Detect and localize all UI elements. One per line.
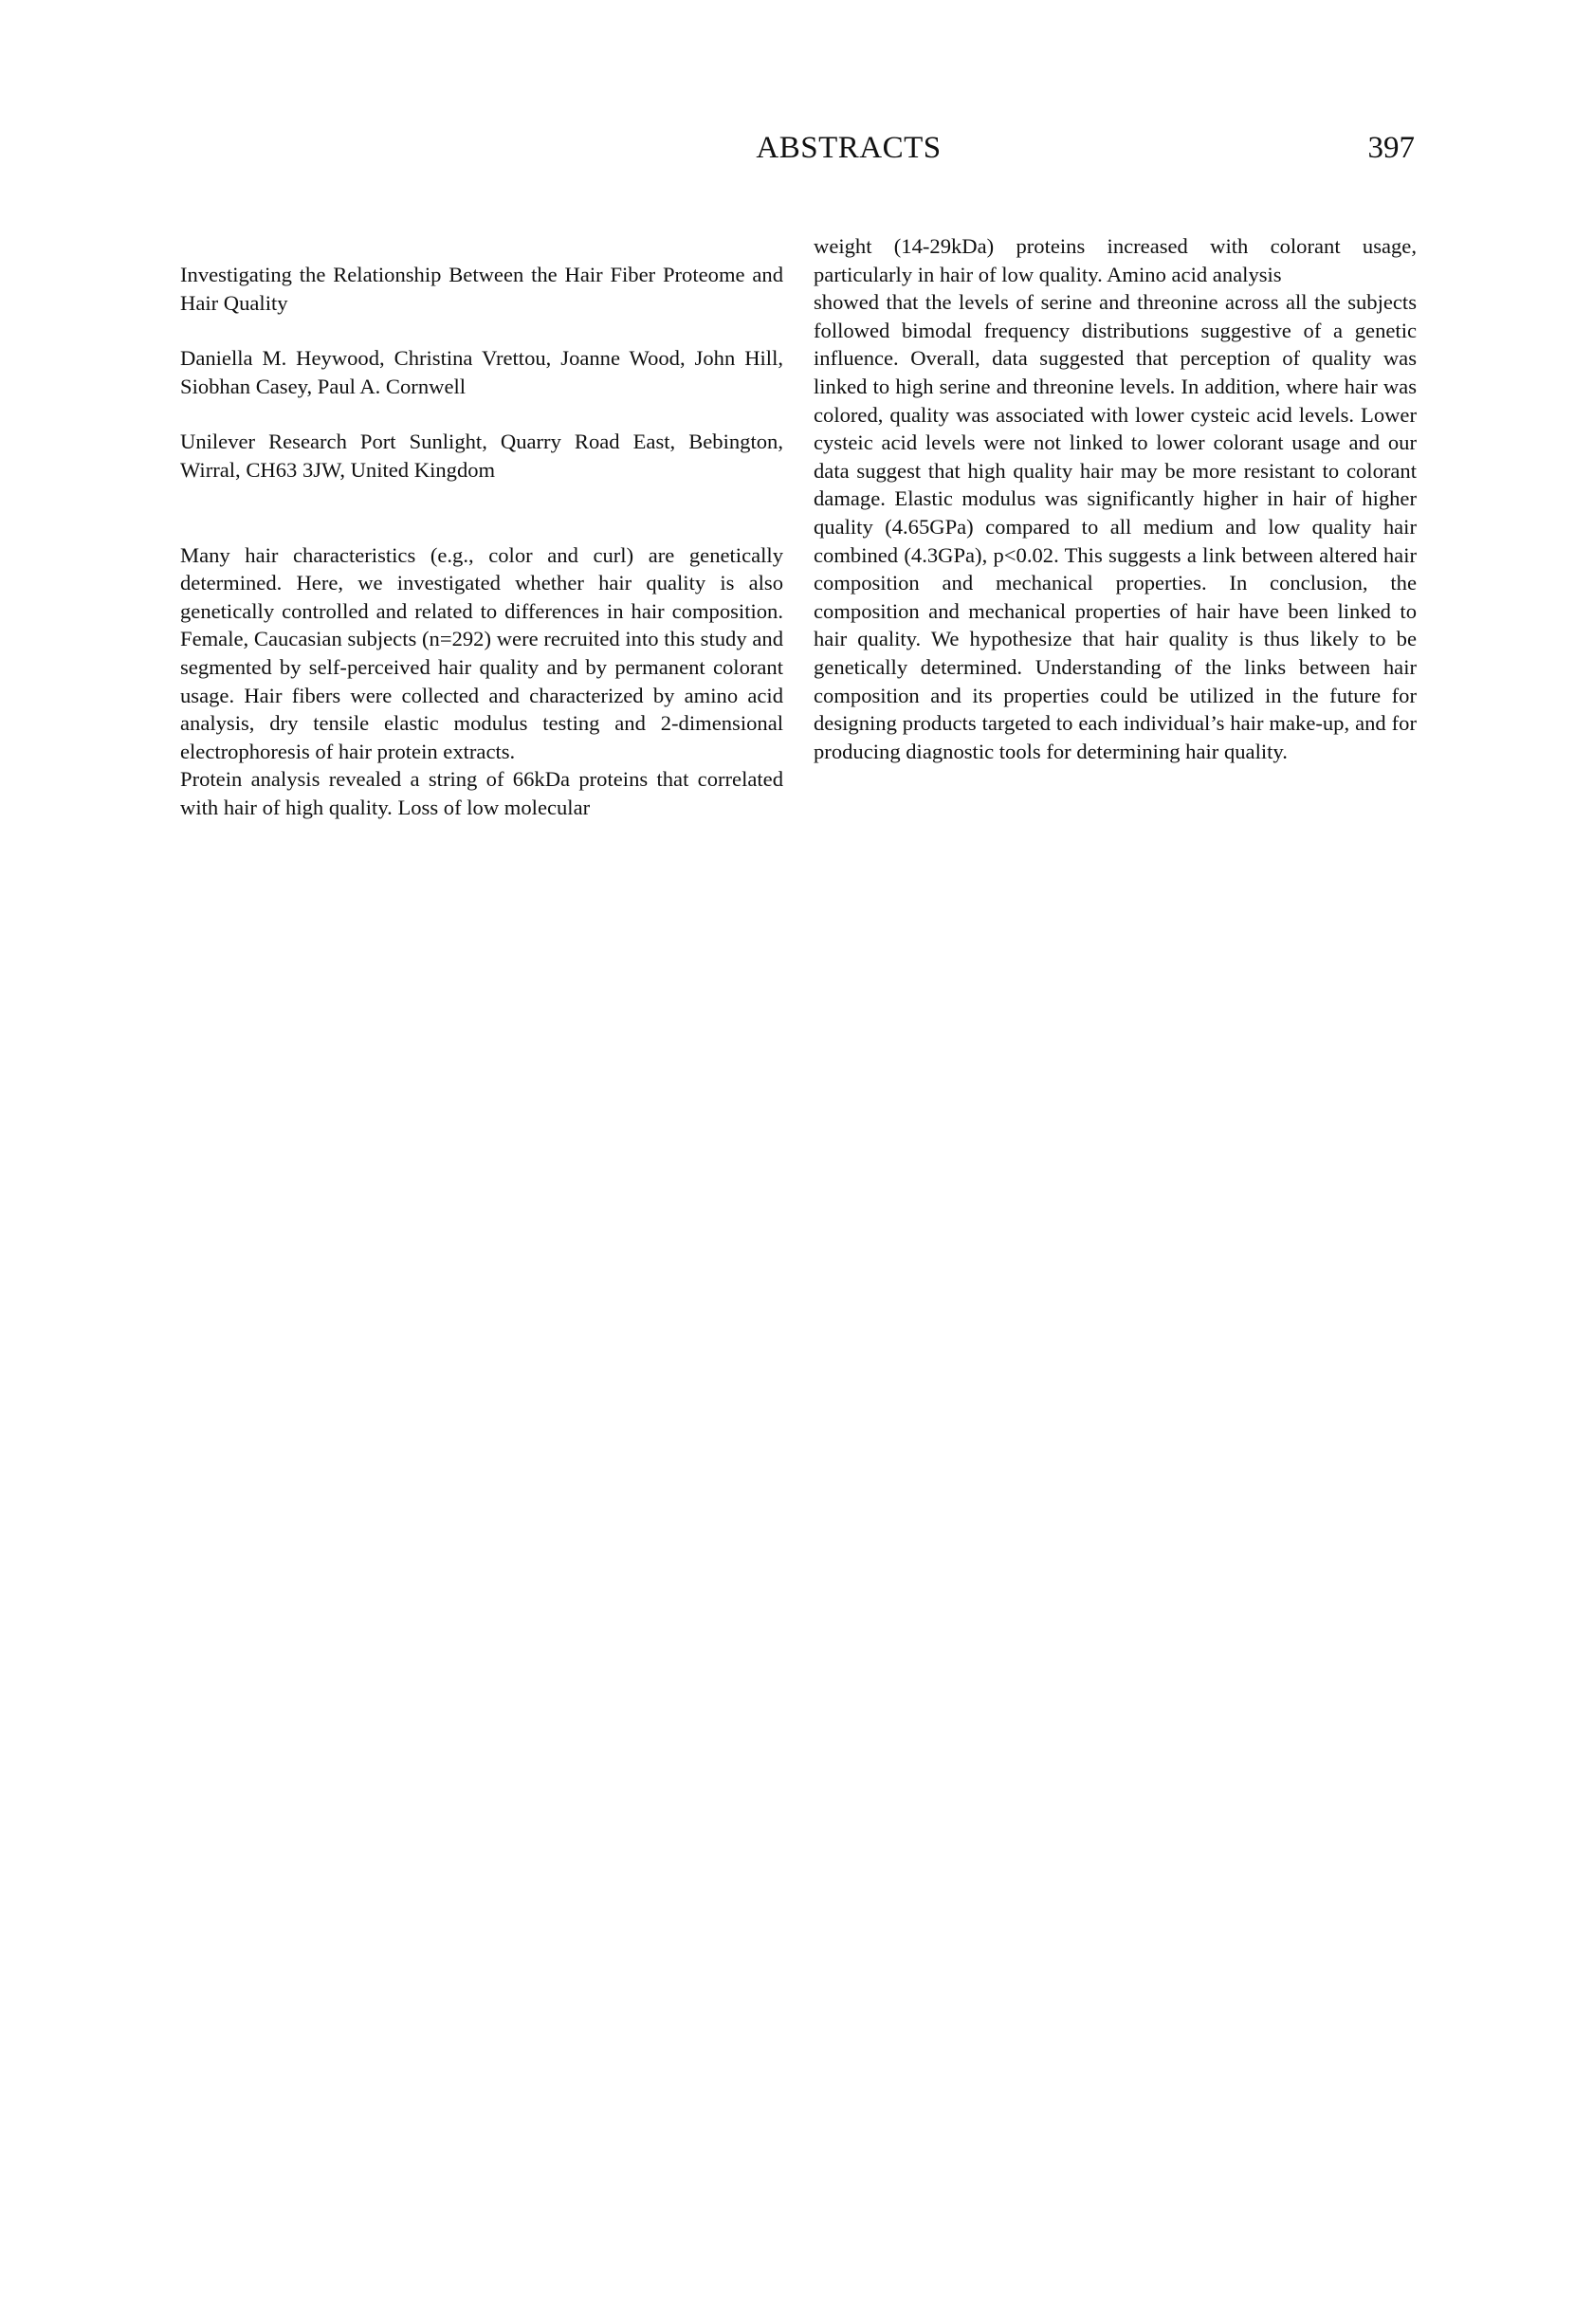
body-paragraph-2-continued: weight (14-29kDa) proteins increased wit… xyxy=(814,232,1417,288)
body-paragraph-2-start: Protein analysis revealed a string of 66… xyxy=(180,765,783,821)
article-affiliation: Unilever Research Port Sunlight, Quarry … xyxy=(180,428,783,484)
article-authors: Daniella M. Heywood, Christina Vrettou, … xyxy=(180,344,783,400)
running-title: ABSTRACTS xyxy=(0,129,1593,167)
article-title: Investigating the Relationship Between t… xyxy=(180,261,783,317)
body-paragraph-2-remainder: showed that the levels of serine and thr… xyxy=(814,288,1417,765)
right-column: weight (14-29kDa) proteins increased wit… xyxy=(814,232,1417,765)
running-head: ABSTRACTS 397 xyxy=(0,129,1593,167)
body-paragraph-1: Many hair characteristics (e.g., color a… xyxy=(180,541,783,766)
left-column: Investigating the Relationship Between t… xyxy=(180,261,783,822)
page-number: 397 xyxy=(1368,129,1416,167)
